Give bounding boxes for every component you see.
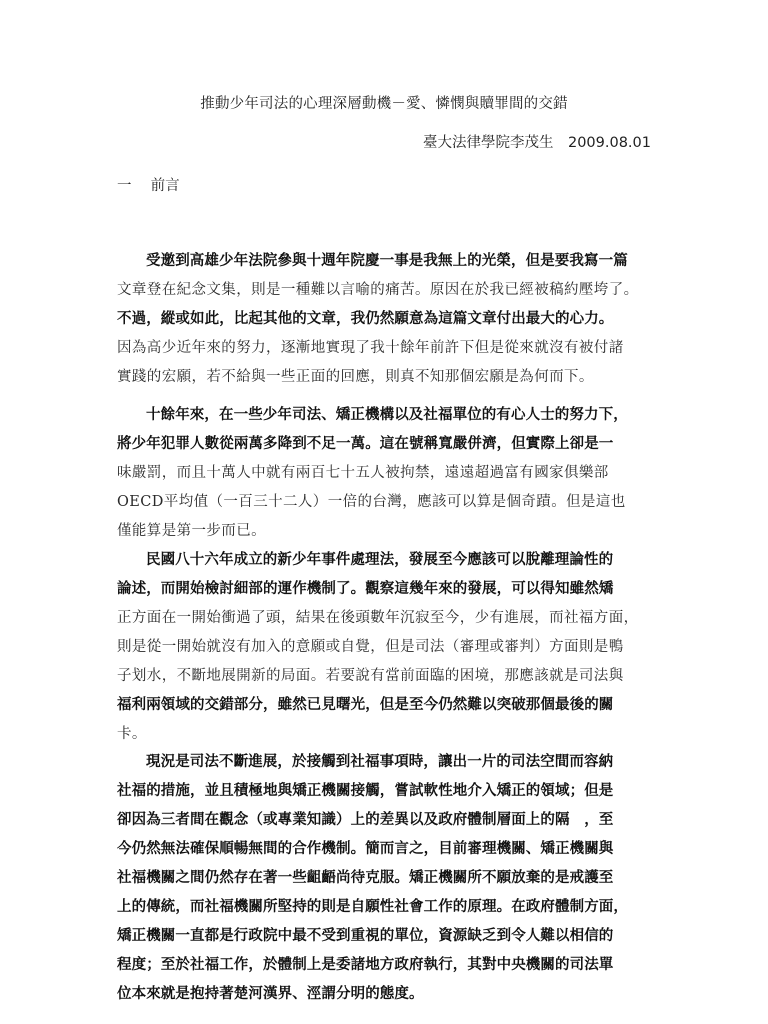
body-text-line: 社福的措施，並且積極地與矯正機關接觸，嘗試軟性地介入矯正的領域；但是 — [117, 781, 657, 803]
body-text-line: 則是從一開始就沒有加入的意願或自覺，但是司法（審理或審判）方面則是鴨 — [117, 637, 657, 659]
section-heading: 一 前言 — [117, 174, 180, 195]
body-text-line: 今仍然無法確保順暢無間的合作機制。簡而言之，目前審理機關、矯正機關與 — [117, 839, 657, 861]
author-date-line: 臺大法律學院李茂生 2009.08.01 — [423, 131, 651, 152]
body-text-line: 文章登在紀念文集，則是一種難以言喻的痛苦。原因在於我已經被稿約壓垮了。 — [117, 280, 657, 302]
body-text-line: 因為高少近年來的努力，逐漸地實現了我十餘年前許下但是從來就沒有被付諸 — [117, 338, 657, 360]
body-text-line: 正方面在一開始衝過了頭，結果在後頭數年沉寂至今，少有進展，而社福方面， — [117, 608, 657, 630]
body-text-line: 現況是司法不斷進展，於接觸到社福事項時，讓出一片的司法空間而容納 — [117, 752, 686, 774]
document-page: 推動少年司法的心理深層動機－愛、憐憫與贖罪間的交錯 臺大法律學院李茂生 2009… — [0, 0, 768, 1024]
body-text-line: 十餘年來，在一些少年司法、矯正機構以及社福單位的有心人士的努力下， — [117, 405, 686, 427]
body-text-line: OECD平均值（一百三十二人）一倍的台灣，應該可以算是個奇蹟。但是這也 — [117, 492, 657, 514]
body-text-line: 不過，縱或如此，比起其他的文章，我仍然願意為這篇文章付出最大的心力。 — [117, 309, 657, 331]
document-title: 推動少年司法的心理深層動機－愛、憐憫與贖罪間的交錯 — [0, 92, 768, 113]
body-text-line: 福利兩領域的交錯部分，雖然已見曙光，但是至今仍然難以突破那個最後的關 — [117, 695, 657, 717]
body-text-line: 味嚴罰，而且十萬人中就有兩百七十五人被拘禁，遠遠超過富有國家俱樂部 — [117, 463, 657, 485]
body-text-line: 受邀到高雄少年法院參與十週年院慶一事是我無上的光榮，但是要我寫一篇 — [117, 251, 686, 273]
body-text-line: 民國八十六年成立的新少年事件處理法，發展至今應該可以脫離理論性的 — [117, 550, 686, 572]
body-text-line: 僅能算是第一步而已。 — [117, 521, 657, 543]
body-text-line: 位本來就是抱持著楚河漢界、涇謂分明的態度。 — [117, 984, 657, 1006]
body-text-line: 將少年犯罪人數從兩萬多降到不足一萬。這在號稱寬嚴併濟，但實際上卻是一 — [117, 434, 657, 456]
body-text-line: 矯正機關一直都是行政院中最不受到重視的單位，資源缺乏到令人難以相信的 — [117, 926, 657, 948]
body-text-line: 論述，而開始檢討細部的運作機制了。觀察這幾年來的發展，可以得知雖然矯 — [117, 579, 657, 601]
body-text-line: 程度；至於社福工作，於體制上是委諸地方政府執行，其對中央機關的司法單 — [117, 955, 657, 977]
body-text-line: 卻因為三者間在觀念（或專業知識）上的差異以及政府體制層面上的隔 ，至 — [117, 810, 657, 832]
body-text-line: 實踐的宏願，若不給與一些正面的回應，則真不知那個宏願是為何而下。 — [117, 367, 657, 389]
body-text-line: 社福機關之間仍然存在著一些齟齬尚待克服。矯正機關所不願放棄的是戒護至 — [117, 868, 657, 890]
body-text-line: 子划水，不斷地展開新的局面。若要說有當前面臨的困境，那應該就是司法與 — [117, 666, 657, 688]
body-text-line: 上的傳統，而社福機關所堅持的則是自願性社會工作的原理。在政府體制方面， — [117, 897, 657, 919]
body-text-line: 卡。 — [117, 724, 657, 746]
